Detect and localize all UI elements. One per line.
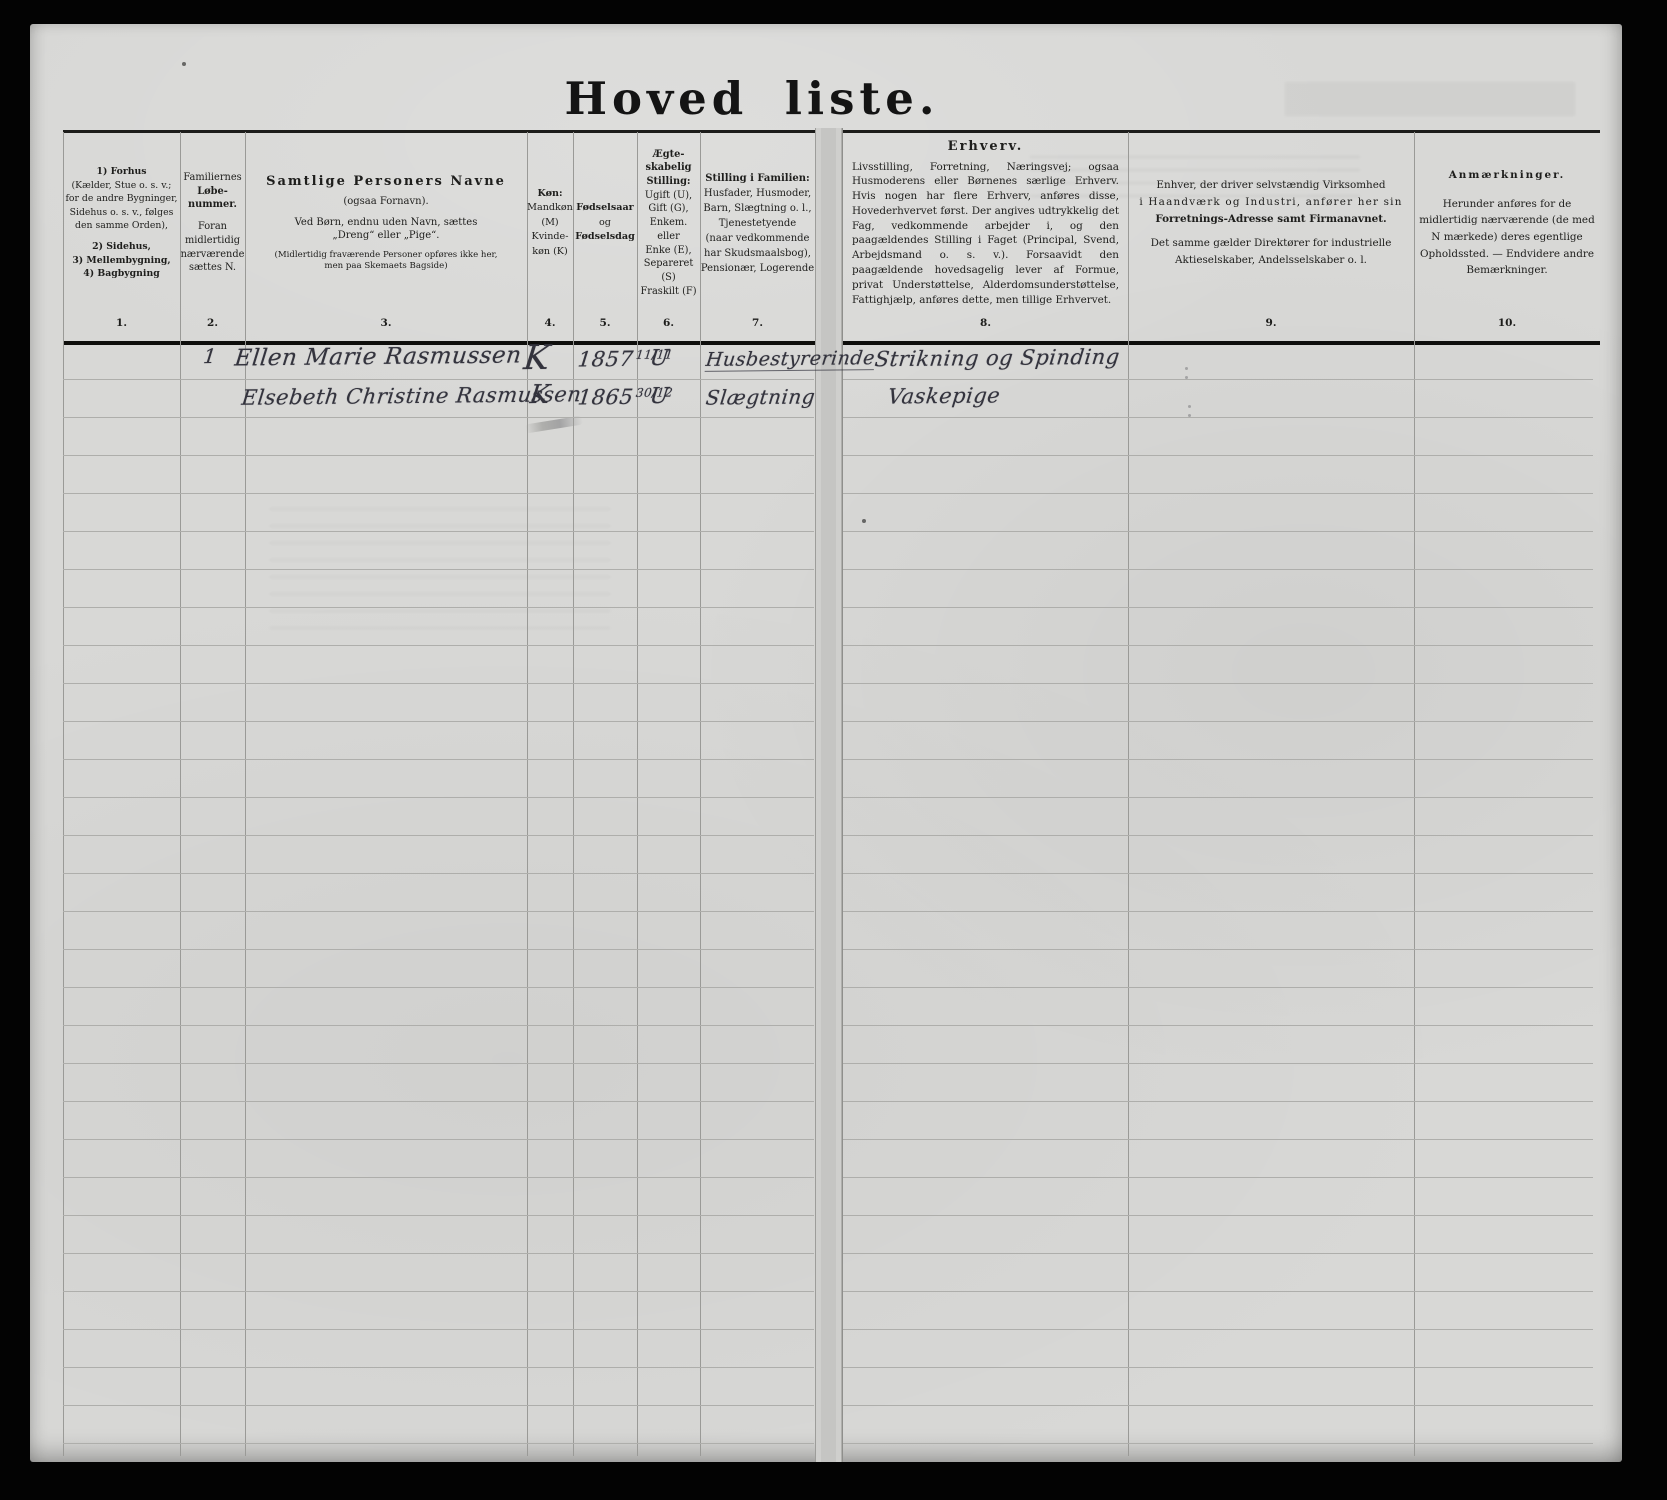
paper-speck: [862, 519, 866, 523]
column-rule: [245, 132, 246, 1456]
header-line: Husfader, Husmoder,: [700, 186, 815, 201]
header-line: Anmærkninger.: [1414, 167, 1600, 184]
header-line: (Midlertidig fraværende Personer opføres…: [245, 250, 527, 261]
column-header-7: Stilling i Familien:Husfader, Husmoder,B…: [700, 134, 815, 312]
row-rule: [63, 873, 814, 874]
row-rule: [63, 987, 814, 988]
header-line: den samme Orden),: [63, 219, 180, 232]
header-line: Separeret: [637, 257, 700, 271]
header-line: Stilling i Familien:: [700, 171, 815, 186]
header-line: Ved Børn, endnu uden Navn, sættes: [245, 216, 527, 229]
column-rule: [700, 132, 701, 1456]
header-line: Det samme gælder Direktører for industri…: [1128, 235, 1414, 252]
cell-aegteskabelig: U: [649, 346, 671, 371]
header-line: „Dreng“ eller „Pige“.: [245, 229, 527, 242]
header-line: Foran: [180, 220, 245, 234]
scan-background: Hoved liste. 1) Forhus(Kælder, Stue o. s…: [0, 0, 1667, 1500]
row-rule: [843, 759, 1593, 760]
row-rule: [63, 493, 814, 494]
row-rule: [63, 797, 814, 798]
row-rule: [843, 379, 1593, 380]
column-header-6: Ægte-skabeligStilling:Ugift (U),Gift (G)…: [637, 134, 700, 312]
cell-erhverv: Strikning og Spinding: [874, 345, 1122, 372]
column-header-9: Enhver, der driver selvstændig Virksomhe…: [1128, 134, 1414, 312]
header-line: Herunder anføres for de: [1414, 196, 1600, 213]
header-line: nærværende: [180, 248, 245, 262]
header-line: nummer.: [180, 198, 245, 212]
row-rule: [63, 607, 814, 608]
cell-stilling_i_familien: Husbestyrerinde: [705, 347, 877, 372]
header-line: (naar vedkommende: [700, 231, 815, 246]
census-sheet: Hoved liste. 1) Forhus(Kælder, Stue o. s…: [30, 24, 1622, 1462]
header-line: Familiernes: [180, 171, 245, 185]
header-line: for de andre Bygninger,: [63, 192, 180, 205]
row-rule: [843, 1025, 1593, 1026]
header-line: i Haandværk og Industri, anfører her sin: [1128, 194, 1414, 211]
cell-navn: Ellen Marie Rasmussen: [233, 343, 523, 372]
row-rule: [843, 1443, 1593, 1444]
column-rule: [180, 132, 181, 1456]
row-rule: [843, 569, 1593, 570]
header-line: 3) Mellembygning,: [63, 254, 180, 267]
row-rule: [843, 607, 1593, 608]
header-line: Bemærkninger.: [1414, 262, 1600, 279]
row-rule: [63, 1063, 814, 1064]
header-line: 4) Bagbygning: [63, 267, 180, 280]
column-number-5: 5.: [573, 317, 637, 329]
column-number-1: 1.: [63, 317, 180, 329]
row-rule: [63, 1139, 814, 1140]
header-line: Enhver, der driver selvstændig Virksomhe…: [1128, 177, 1414, 194]
row-rule: [63, 455, 814, 456]
row-rule: [843, 531, 1593, 532]
header-line: Livsstilling, Forretning, Næringsvej; og…: [843, 160, 1128, 308]
row-rule: [843, 1405, 1593, 1406]
row-rule: [63, 1215, 814, 1216]
column-number-10: 10.: [1414, 317, 1600, 329]
header-line: (ogsaa Fornavn).: [245, 195, 527, 208]
header-line: har Skudsmaalsbog),: [700, 246, 815, 261]
column-number-6: 6.: [637, 317, 700, 329]
column-number-9: 9.: [1128, 317, 1414, 329]
row-rule: [63, 1367, 814, 1368]
pencil-smudge: [525, 416, 584, 434]
ink-mark: [1188, 405, 1191, 408]
header-line: Mandkøn: [527, 201, 573, 215]
row-rule: [63, 417, 814, 418]
row-rule: [843, 1177, 1593, 1178]
header-line: Pensionær, Logerende: [700, 261, 815, 276]
header-line: Sidehus o. s. v., følges: [63, 206, 180, 219]
row-rule: [843, 1139, 1593, 1140]
header-line: Fødselsdag: [573, 230, 637, 244]
row-rule: [843, 493, 1593, 494]
row-rule: [843, 1063, 1593, 1064]
cell-kon: K: [528, 380, 551, 410]
page-title: Hoved liste.: [564, 72, 939, 125]
row-rule: [843, 1253, 1593, 1254]
cell-lobenummer: 1: [187, 344, 234, 368]
row-rule: [63, 1405, 814, 1406]
header-line: (Kælder, Stue o. s. v.;: [63, 179, 180, 192]
header-line: (S): [637, 271, 700, 285]
header-line: (M): [527, 216, 573, 230]
header-line: Forretnings-Adresse samt Firmanavnet.: [1128, 211, 1414, 228]
cell-kon: K: [522, 338, 552, 378]
column-rule: [63, 132, 64, 1456]
header-line: og: [573, 216, 637, 230]
column-rule: [527, 132, 528, 1456]
header-line: Køn:: [527, 187, 573, 201]
header-line: men paa Skemaets Bagside): [245, 261, 527, 272]
row-rule: [843, 1329, 1593, 1330]
row-rule: [63, 569, 814, 570]
row-rule: [63, 721, 814, 722]
row-rule: [63, 645, 814, 646]
row-rule: [843, 797, 1593, 798]
row-rule: [63, 1177, 814, 1178]
row-rule: [843, 835, 1593, 836]
row-rule: [63, 683, 814, 684]
header-line: 1) Forhus: [63, 165, 180, 178]
header-line: Samtlige Personers Navne: [245, 174, 527, 191]
column-rule: [573, 132, 574, 1456]
column-number-8: 8.: [843, 317, 1128, 329]
header-line: Erhverv.: [843, 139, 1128, 156]
row-rule: [63, 1291, 814, 1292]
column-rule: [637, 132, 638, 1456]
header-line: Barn, Slægtning o. l.,: [700, 201, 815, 216]
header-line: Kvinde-: [527, 230, 573, 244]
row-rule: [843, 721, 1593, 722]
row-rule: [843, 455, 1593, 456]
column-header-8: Erhverv.Livsstilling, Forretning, Næring…: [843, 134, 1128, 312]
header-line: N mærkede) deres egentlige: [1414, 229, 1600, 246]
column-number-7: 7.: [700, 317, 815, 329]
row-rule: [843, 1291, 1593, 1292]
ink-mark: [1185, 367, 1188, 370]
header-line: Ægte-: [637, 148, 700, 162]
row-rule: [63, 1329, 814, 1330]
column-header-1: 1) Forhus(Kælder, Stue o. s. v.;for de a…: [63, 134, 180, 312]
header-line: Løbe-: [180, 185, 245, 199]
column-header-5: FødselsaarogFødselsdag: [573, 134, 637, 312]
column-header-2: FamiliernesLøbe-nummer.Foranmidlertidign…: [180, 134, 245, 312]
header-line: skabelig: [637, 161, 700, 175]
column-number-4: 4.: [527, 317, 573, 329]
header-line: Opholdssted. — Endvidere andre: [1414, 246, 1600, 263]
row-rule: [63, 759, 814, 760]
header-line: Stilling:: [637, 175, 700, 189]
header-line: Gift (G),: [637, 202, 700, 216]
center-fold: [815, 128, 843, 1462]
header-line: Fødselsaar: [573, 201, 637, 215]
row-rule: [843, 1215, 1593, 1216]
row-rule: [63, 1253, 814, 1254]
row-rule: [843, 1367, 1593, 1368]
row-rule: [843, 911, 1593, 912]
column-header-4: Køn:Mandkøn(M)Kvinde-køn (K): [527, 134, 573, 312]
row-rule: [63, 379, 814, 380]
column-header-10: Anmærkninger.Herunder anføres for demidl…: [1414, 134, 1600, 312]
row-rule: [843, 987, 1593, 988]
header-line: Fraskilt (F): [637, 285, 700, 299]
column-number-2: 2.: [180, 317, 245, 329]
cell-erhverv: Vaskepige: [887, 383, 1002, 408]
row-rule: [63, 1025, 814, 1026]
column-rule: [1414, 132, 1415, 1456]
column-rule: [1128, 132, 1129, 1456]
header-line: Tjenestetyende: [700, 216, 815, 231]
row-rule: [843, 417, 1593, 418]
header-line: Enkem. eller: [637, 216, 700, 243]
header-line: Aktieselskaber, Andelsselskaber o. l.: [1128, 252, 1414, 269]
header-line: Ugift (U),: [637, 189, 700, 203]
row-rule: [843, 683, 1593, 684]
row-rule: [63, 911, 814, 912]
column-number-3: 3.: [245, 317, 527, 329]
header-line: køn (K): [527, 245, 573, 259]
column-header-3: Samtlige Personers Navne(ogsaa Fornavn).…: [245, 134, 527, 312]
header-line: midlertidig nærværende (de med: [1414, 212, 1600, 229]
paper-speck: [182, 62, 186, 66]
row-rule: [843, 949, 1593, 950]
header-line: Enke (E),: [637, 244, 700, 258]
header-line: midlertidig: [180, 234, 245, 248]
cell-stilling_i_familien: Slægtning: [705, 384, 817, 409]
birth-year: 1857: [577, 347, 635, 372]
header-line: 2) Sidehus,: [63, 240, 180, 253]
row-rule: [843, 873, 1593, 874]
row-rule: [63, 531, 814, 532]
row-rule: [63, 1101, 814, 1102]
header-line: sættes N.: [180, 261, 245, 275]
row-rule: [63, 1443, 814, 1444]
bleedthrough-artifact: [1285, 82, 1575, 116]
row-rule: [63, 835, 814, 836]
row-rule: [63, 949, 814, 950]
birth-year: 1865: [577, 385, 635, 410]
row-rule: [843, 1101, 1593, 1102]
row-rule: [843, 645, 1593, 646]
cell-aegteskabelig: U: [649, 384, 671, 409]
